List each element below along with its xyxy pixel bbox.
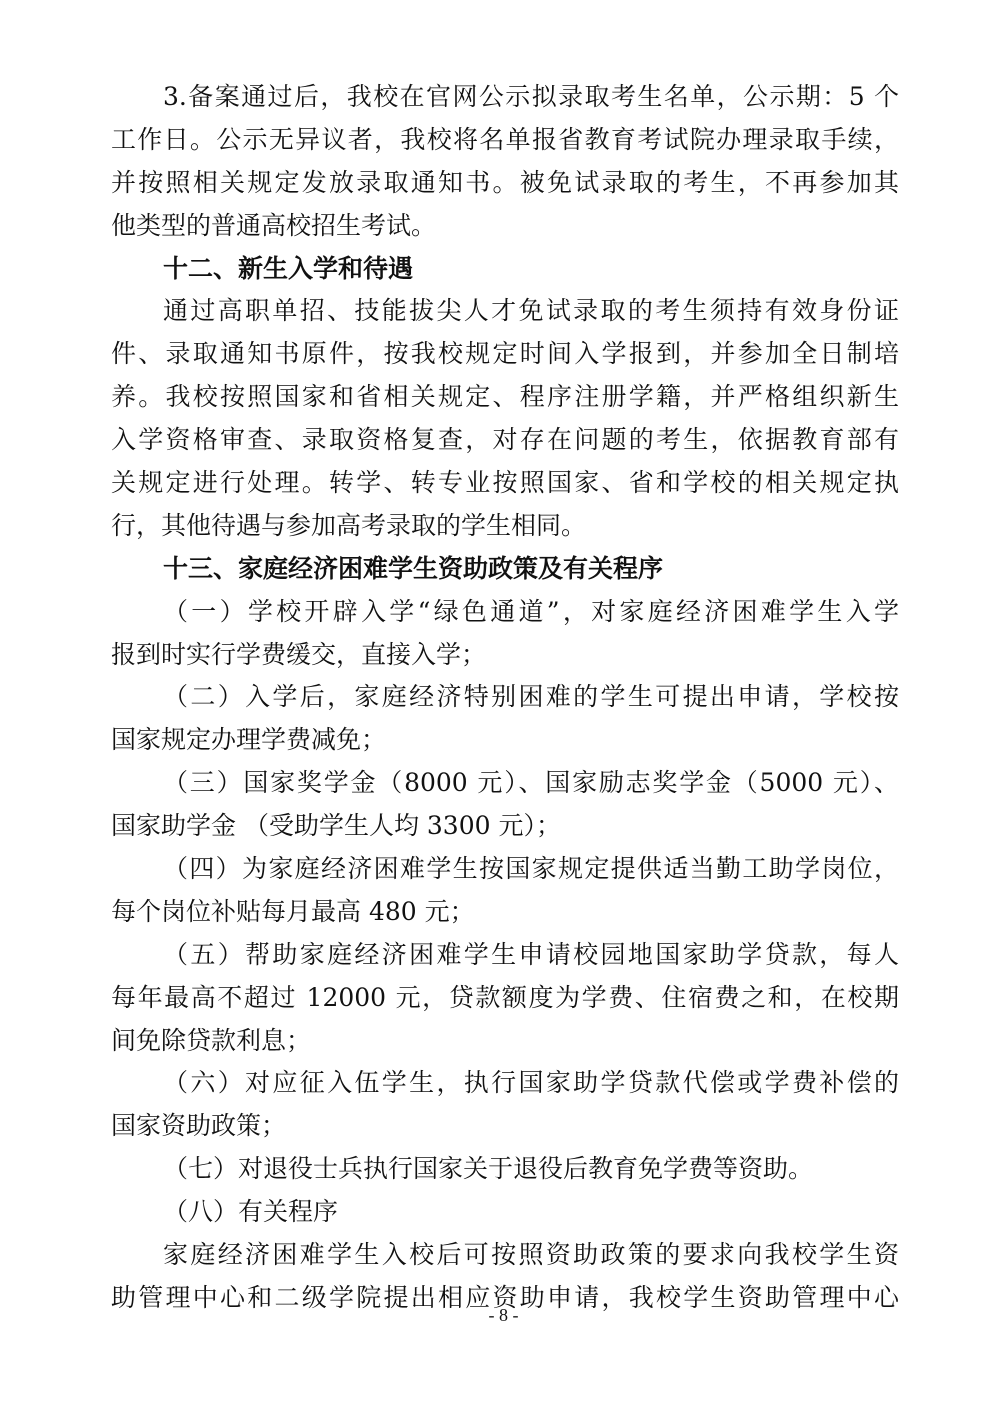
paragraph-enrollment: 通过高职单招、技能拔尖人才免试录取的考生须持有效身份证 件、录取通知书原件，按我…	[111, 290, 899, 547]
paragraph-item-2: （二）入学后，家庭经济特别困难的学生可提出申请，学校按 国家规定办理学费减免；	[111, 676, 899, 762]
text-line: （七）对退役士兵执行国家关于退役后教育免学费等资助。	[111, 1148, 899, 1191]
text-line: 每年最高不超过 12000 元，贷款额度为学费、住宿费之和，在校期	[111, 977, 899, 1020]
text-line: 每个岗位补贴每月最高 480 元；	[111, 891, 899, 934]
paragraph-item-7: （七）对退役士兵执行国家关于退役后教育免学费等资助。	[111, 1148, 899, 1191]
paragraph-item-6: （六）对应征入伍学生，执行国家助学贷款代偿或学费补偿的 国家资助政策；	[111, 1062, 899, 1148]
text-line: （三）国家奖学金（8000 元）、国家励志奖学金（5000 元）、	[111, 762, 899, 805]
text-line: 通过高职单招、技能拔尖人才免试录取的考生须持有效身份证	[111, 290, 899, 333]
text-line: 养。我校按照国家和省相关规定、程序注册学籍，并严格组织新生	[111, 376, 899, 419]
section-heading-13: 十三、家庭经济困难学生资助政策及有关程序	[111, 548, 899, 591]
text-line: 家庭经济困难学生入校后可按照资助政策的要求向我校学生资	[111, 1234, 899, 1277]
text-line: 国家助学金 （受助学生人均 3300 元）；	[111, 805, 899, 848]
paragraph-public-notice: 3.备案通过后，我校在官网公示拟录取考生名单，公示期：5 个 工作日。公示无异议…	[111, 76, 899, 248]
text-line: 间免除贷款利息；	[111, 1020, 899, 1063]
text-line: 件、录取通知书原件，按我校规定时间入学报到，并参加全日制培	[111, 333, 899, 376]
paragraph-item-1: （一）学校开辟入学“绿色通道”，对家庭经济困难学生入学 报到时实行学费缓交，直接…	[111, 591, 899, 677]
text-line: （六）对应征入伍学生，执行国家助学贷款代偿或学费补偿的	[111, 1062, 899, 1105]
section-heading-12: 十二、新生入学和待遇	[111, 248, 899, 291]
text-line: 3.备案通过后，我校在官网公示拟录取考生名单，公示期：5 个	[111, 76, 899, 119]
paragraph-item-4: （四）为家庭经济困难学生按国家规定提供适当勤工助学岗位， 每个岗位补贴每月最高 …	[111, 848, 899, 934]
text-line: 入学资格审查、录取资格复查，对存在问题的考生，依据教育部有	[111, 419, 899, 462]
text-line: 关规定进行处理。转学、转专业按照国家、省和学校的相关规定执	[111, 462, 899, 505]
text-line: （八）有关程序	[111, 1191, 899, 1234]
text-line: （五）帮助家庭经济困难学生申请校园地国家助学贷款，每人	[111, 934, 899, 977]
text-line: 国家资助政策；	[111, 1105, 899, 1148]
paragraph-item-3: （三）国家奖学金（8000 元）、国家励志奖学金（5000 元）、 国家助学金 …	[111, 762, 899, 848]
document-page: 3.备案通过后，我校在官网公示拟录取考生名单，公示期：5 个 工作日。公示无异议…	[111, 76, 899, 1320]
text-line: 报到时实行学费缓交，直接入学；	[111, 634, 899, 677]
paragraph-item-5: （五）帮助家庭经济困难学生申请校园地国家助学贷款，每人 每年最高不超过 1200…	[111, 934, 899, 1063]
text-line: 行，其他待遇与参加高考录取的学生相同。	[111, 505, 899, 548]
paragraph-item-8: （八）有关程序	[111, 1191, 899, 1234]
text-line: 他类型的普通高校招生考试。	[111, 205, 899, 248]
text-line: （一）学校开辟入学“绿色通道”，对家庭经济困难学生入学	[111, 591, 899, 634]
text-line: 并按照相关规定发放录取通知书。被免试录取的考生，不再参加其	[111, 162, 899, 205]
text-line: 工作日。公示无异议者，我校将名单报省教育考试院办理录取手续，	[111, 119, 899, 162]
text-line: （四）为家庭经济困难学生按国家规定提供适当勤工助学岗位，	[111, 848, 899, 891]
text-line: （二）入学后，家庭经济特别困难的学生可提出申请，学校按	[111, 676, 899, 719]
text-line: 国家规定办理学费减免；	[111, 719, 899, 762]
page-number: - 8 -	[0, 1305, 1007, 1326]
